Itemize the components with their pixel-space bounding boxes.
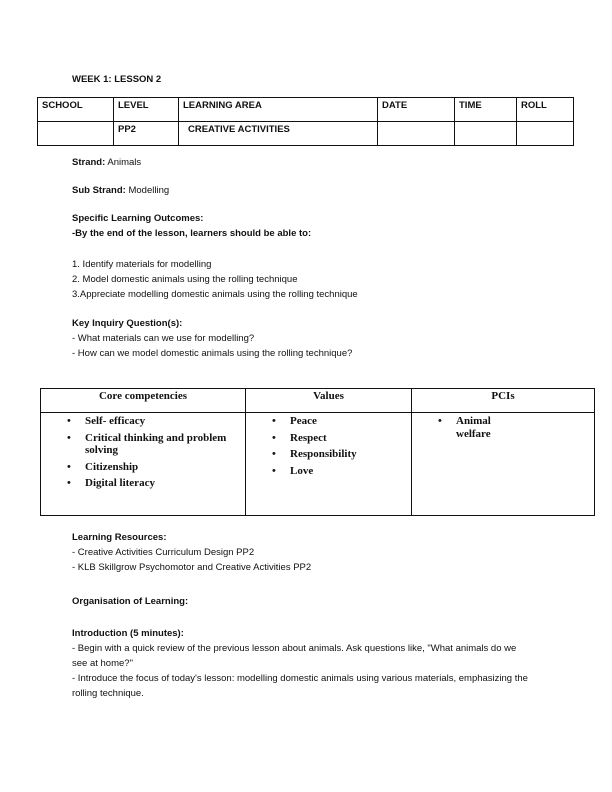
list-item: •Citizenship — [67, 461, 241, 474]
bullet-icon: • — [272, 415, 276, 428]
sub-strand-label: Sub Strand: — [72, 185, 126, 196]
strand-value: Animals — [105, 157, 141, 168]
header-date: DATE — [378, 98, 455, 122]
sub-strand: Sub Strand: Modelling — [72, 183, 169, 198]
info-table-row: PP2 CREATIVE ACTIVITIES — [38, 122, 574, 146]
introduction-paragraph: - Begin with a quick review of the previ… — [72, 641, 532, 671]
core-competencies-cell: •Self- efficacy •Critical thinking and p… — [41, 413, 246, 516]
list-item: •Love — [272, 465, 407, 478]
header-core-competencies: Core competencies — [41, 389, 246, 413]
values-list: •Peace •Respect •Responsibility •Love — [250, 415, 407, 477]
resource-item: - KLB Skillgrow Psychomotor and Creative… — [72, 560, 311, 575]
sub-strand-value: Modelling — [126, 185, 169, 196]
introduction-paragraph: - Introduce the focus of today's lesson:… — [72, 671, 532, 701]
header-values: Values — [246, 389, 412, 413]
header-level: LEVEL — [114, 98, 179, 122]
list-item: •Self- efficacy — [67, 415, 241, 428]
pcis-list: •Animal welfare — [416, 415, 508, 440]
bullet-icon: • — [438, 415, 442, 428]
core-competencies-list: •Self- efficacy •Critical thinking and p… — [45, 415, 241, 490]
competency-header-row: Core competencies Values PCIs — [41, 389, 595, 413]
cell-learning-area: CREATIVE ACTIVITIES — [179, 122, 378, 146]
outcomes-title: Specific Learning Outcomes: — [72, 211, 311, 226]
inquiry-item: - What materials can we use for modellin… — [72, 331, 352, 346]
bullet-icon: • — [67, 432, 71, 445]
cell-level: PP2 — [114, 122, 179, 146]
list-item: •Peace — [272, 415, 407, 428]
cell-school — [38, 122, 114, 146]
bullet-icon: • — [67, 477, 71, 490]
organisation-title: Organisation of Learning: — [72, 594, 188, 609]
pcis-cell: •Animal welfare — [412, 413, 595, 516]
values-cell: •Peace •Respect •Responsibility •Love — [246, 413, 412, 516]
outcomes-list: 1. Identify materials for modelling 2. M… — [72, 257, 358, 302]
header-time: TIME — [455, 98, 517, 122]
list-item: •Digital literacy — [67, 477, 241, 490]
strand: Strand: Animals — [72, 155, 141, 170]
list-item: •Respect — [272, 432, 407, 445]
outcome-item: 3.Appreciate modelling domestic animals … — [72, 287, 358, 302]
header-school: SCHOOL — [38, 98, 114, 122]
bullet-icon: • — [272, 432, 276, 445]
list-item: •Responsibility — [272, 448, 407, 461]
list-item: •Animal welfare — [438, 415, 508, 440]
cell-date — [378, 122, 455, 146]
resources-title: Learning Resources: — [72, 530, 311, 545]
header-pcis: PCIs — [412, 389, 595, 413]
outcome-item: 2. Model domestic animals using the roll… — [72, 272, 358, 287]
competency-body-row: •Self- efficacy •Critical thinking and p… — [41, 413, 595, 516]
cell-roll — [517, 122, 574, 146]
outcomes-intro: -By the end of the lesson, learners shou… — [72, 226, 311, 241]
bullet-icon: • — [67, 461, 71, 474]
outcome-item: 1. Identify materials for modelling — [72, 257, 358, 272]
lesson-info-table: SCHOOL LEVEL LEARNING AREA DATE TIME ROL… — [37, 97, 574, 146]
bullet-icon: • — [272, 465, 276, 478]
lesson-title: WEEK 1: LESSON 2 — [72, 74, 161, 85]
inquiry-section: Key Inquiry Question(s): - What material… — [72, 316, 352, 361]
resources-section: Learning Resources: - Creative Activitie… — [72, 530, 311, 575]
competency-table: Core competencies Values PCIs •Self- eff… — [40, 388, 595, 516]
info-table-header-row: SCHOOL LEVEL LEARNING AREA DATE TIME ROL… — [38, 98, 574, 122]
header-roll: ROLL — [517, 98, 574, 122]
list-item: •Critical thinking and problem solving — [67, 432, 241, 457]
cell-time — [455, 122, 517, 146]
introduction-title: Introduction (5 minutes): — [72, 626, 532, 641]
bullet-icon: • — [272, 448, 276, 461]
strand-label: Strand: — [72, 157, 105, 168]
outcomes-heading: Specific Learning Outcomes: -By the end … — [72, 211, 311, 241]
resource-item: - Creative Activities Curriculum Design … — [72, 545, 311, 560]
header-learning-area: LEARNING AREA — [179, 98, 378, 122]
inquiry-title: Key Inquiry Question(s): — [72, 316, 352, 331]
introduction-section: Introduction (5 minutes): - Begin with a… — [72, 626, 532, 701]
inquiry-item: - How can we model domestic animals usin… — [72, 346, 352, 361]
bullet-icon: • — [67, 415, 71, 428]
